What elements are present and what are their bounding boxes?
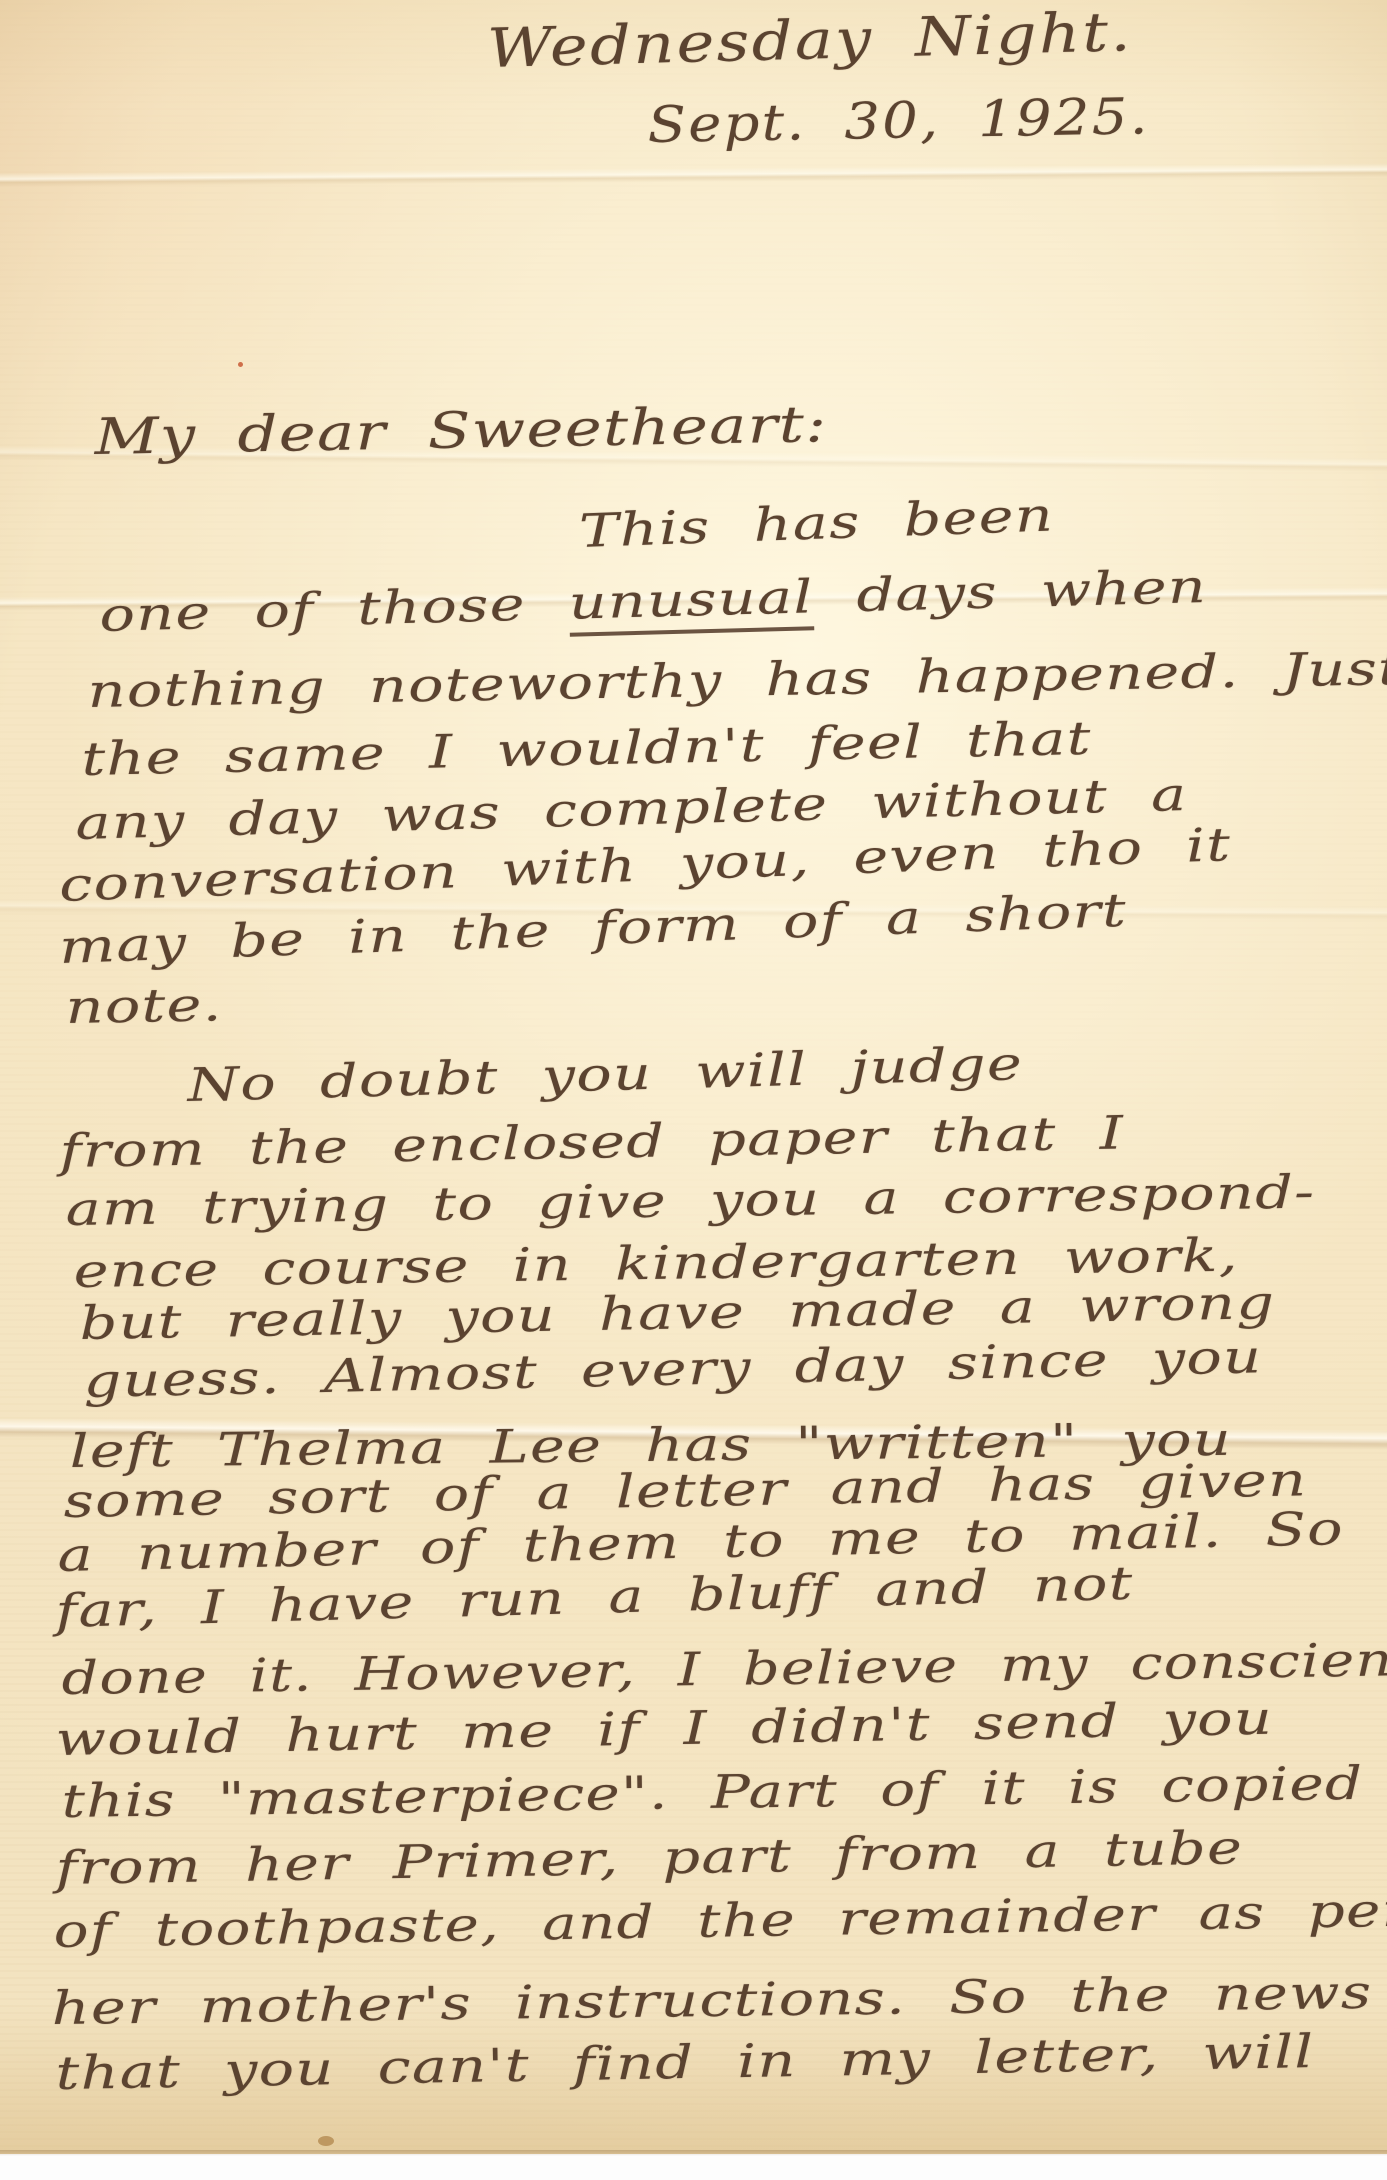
letter-line: that you can't find in my letter, will (55, 2028, 1315, 2096)
letter-line: would hurt me if I didn't send you (55, 1695, 1273, 1762)
letter-line: done it. However, I believe my conscienc… (61, 1635, 1387, 1701)
letter-line: note. (65, 981, 223, 1030)
letter-line: No doubt you will judge (187, 1040, 1024, 1108)
letter-line: from her Primer, part from a tube (55, 1824, 1243, 1891)
heading-day: Wednesday Night. (487, 5, 1134, 76)
letter-line: nothing noteworthy has happened. Just (87, 645, 1387, 714)
letter-line-text: days when (813, 559, 1208, 623)
letter-line: This has been (578, 491, 1054, 554)
letter-line: of toothpaste, and the remainder as per (53, 1887, 1387, 1954)
letter-line: one of those unusual days when (99, 563, 1208, 638)
underlined-word: unusual (568, 569, 814, 636)
paper-crease (0, 163, 1387, 187)
heading-date: Sept. 30, 1925. (647, 91, 1150, 150)
paper-bottom-edge (0, 2150, 1387, 2156)
letter-paper: Wednesday Night. Sept. 30, 1925. My dear… (0, 0, 1387, 2154)
letter-line: this "masterpiece". Part of it is copied (61, 1760, 1363, 1824)
letter-line: the same I wouldn't feel that (81, 715, 1092, 782)
letter-line: am trying to give you a correspond- (65, 1169, 1315, 1232)
paper-stain (318, 2136, 334, 2146)
salutation: My dear Sweetheart: (94, 399, 828, 462)
scanned-letter-page: Wednesday Night. Sept. 30, 1925. My dear… (0, 0, 1387, 2180)
letter-line-text: one of those (99, 576, 570, 642)
letter-line: from the enclosed paper that I (59, 1109, 1124, 1174)
paper-stain (238, 362, 243, 367)
letter-line: her mother's instructions. So the news (51, 1969, 1372, 2031)
